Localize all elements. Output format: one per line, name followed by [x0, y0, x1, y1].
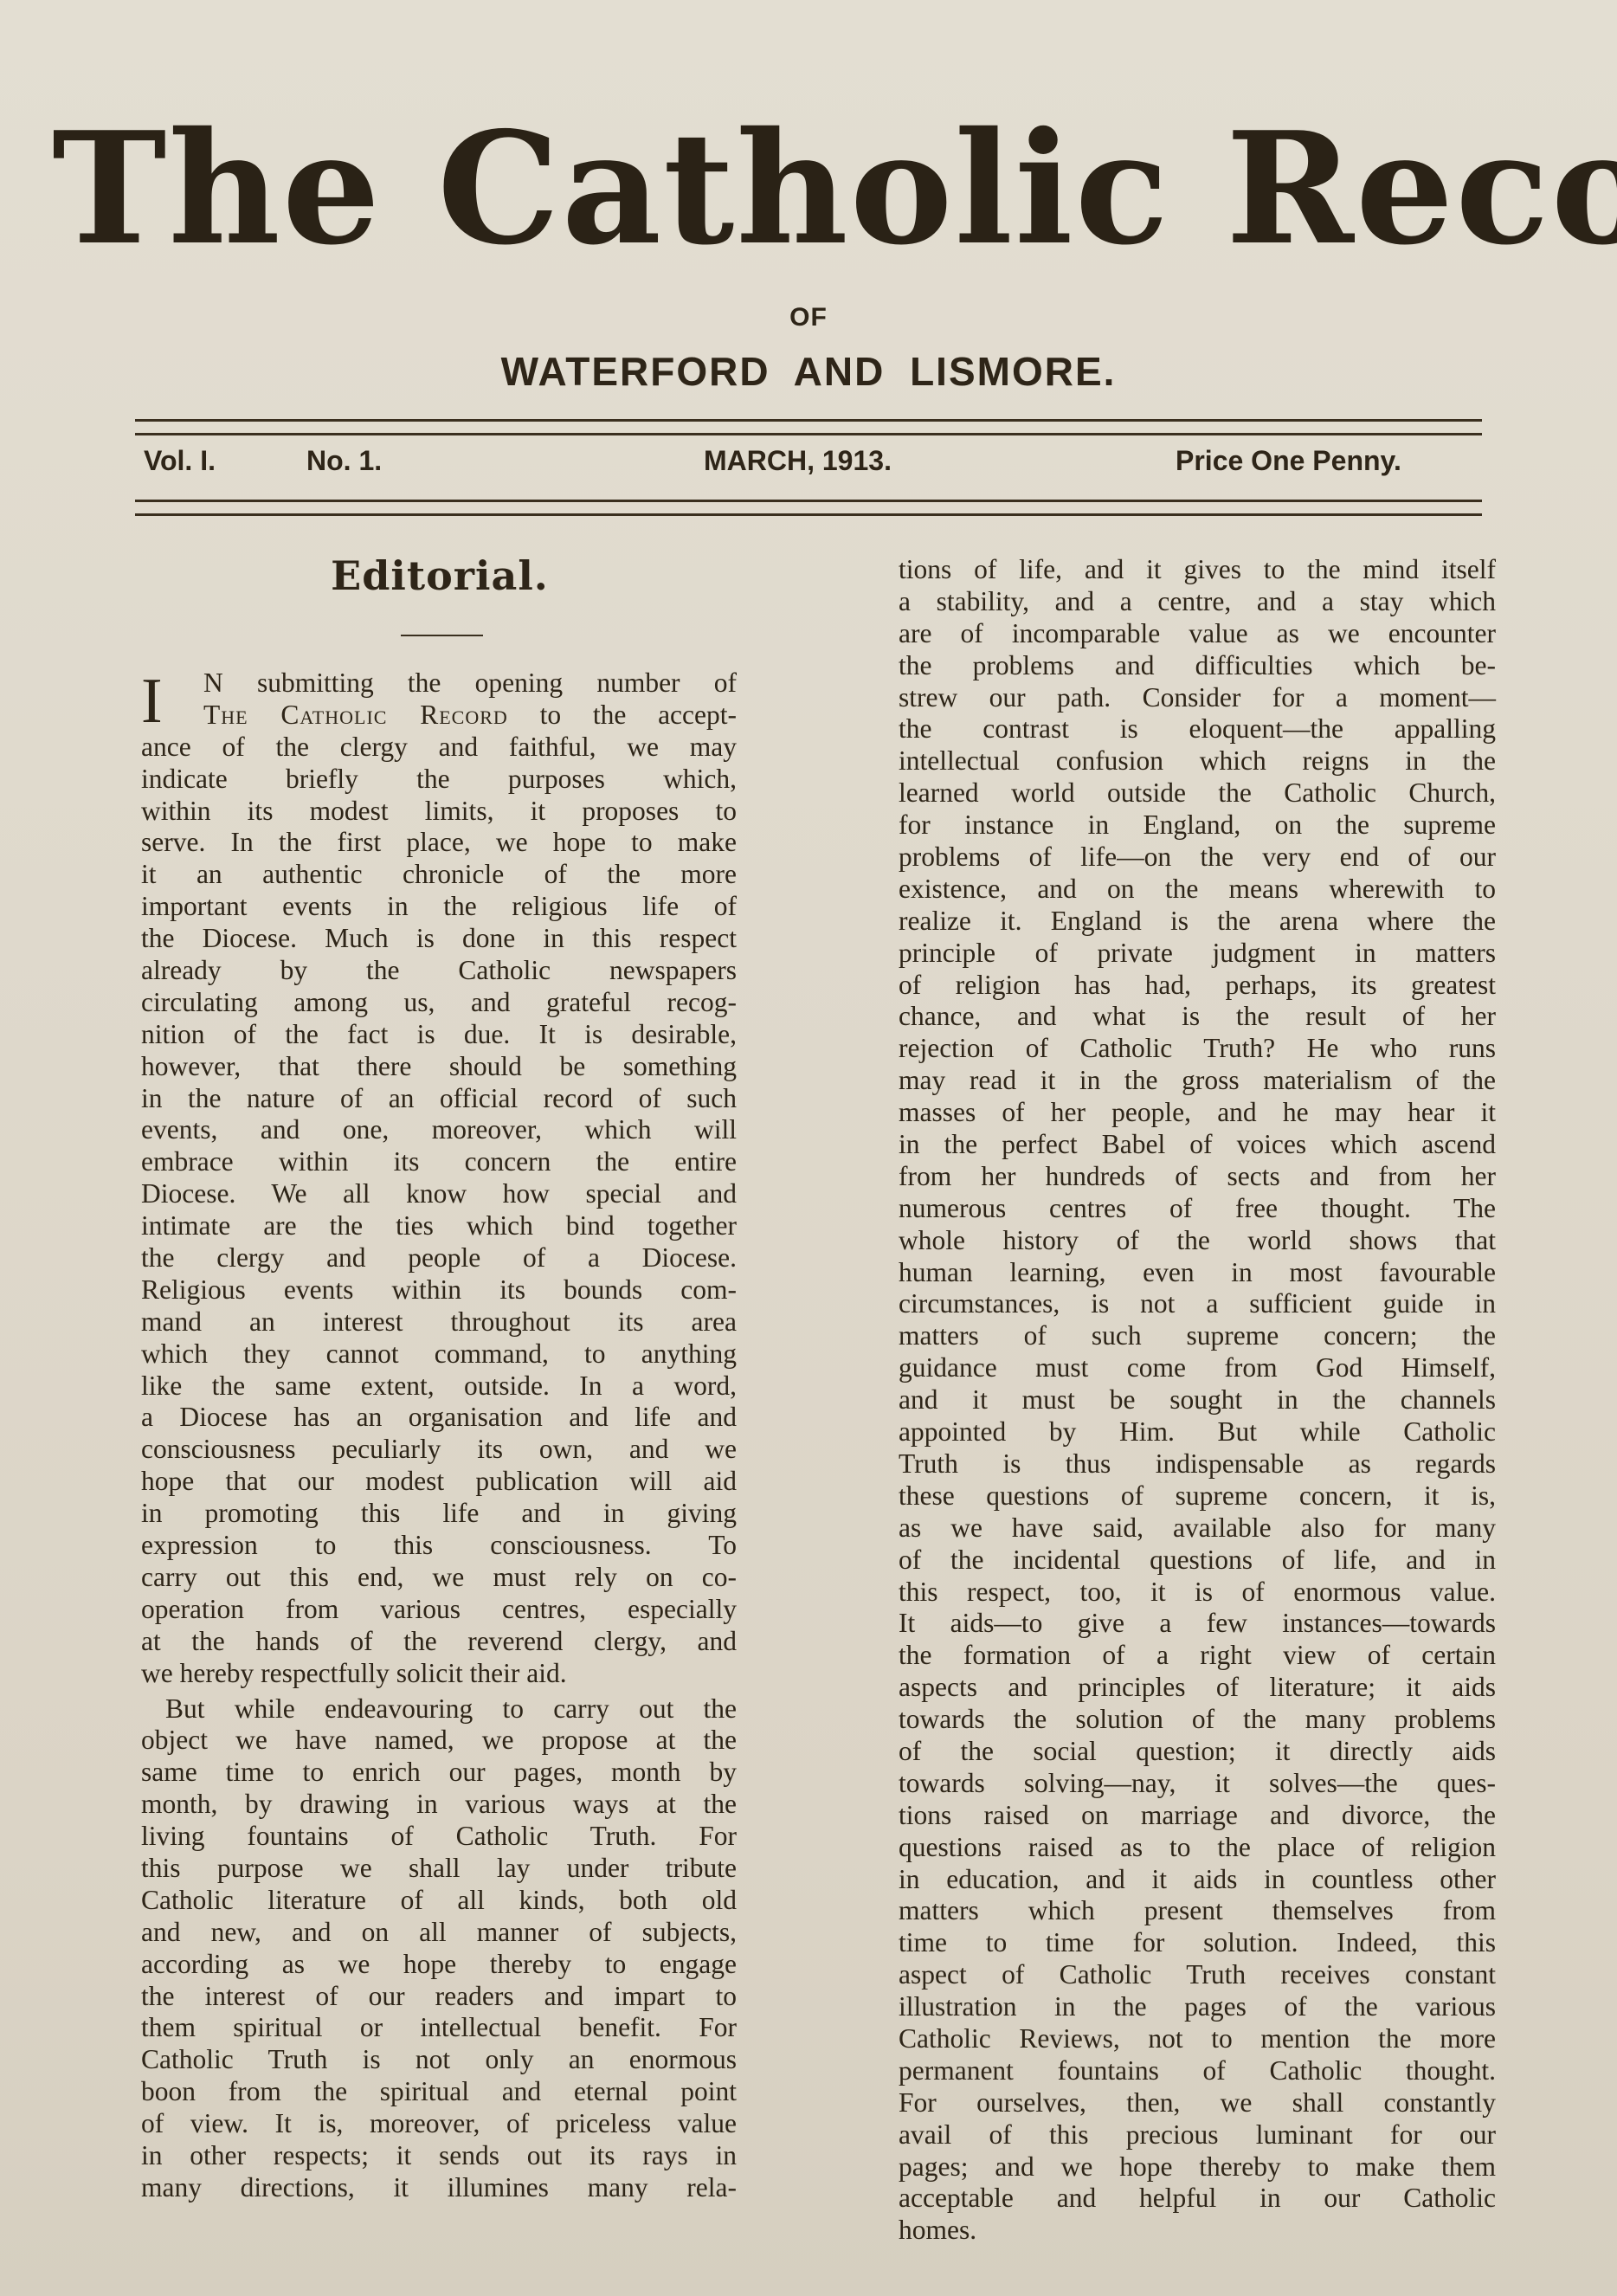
- text-line: tions of life, and it gives to the mind …: [899, 554, 1496, 586]
- text-line: same time to enrich our pages, month by: [141, 1757, 737, 1789]
- heading-divider: [401, 635, 483, 636]
- text-line: according as we hope thereby to engage: [141, 1949, 737, 1981]
- text-line: intellectual confusion which reigns in t…: [899, 745, 1496, 777]
- text-line: the problems and difficulties which be-: [899, 650, 1496, 682]
- masthead-subtitle: WATERFORD AND LISMORE.: [0, 348, 1617, 395]
- text-line: strew our path. Consider for a moment—: [899, 682, 1496, 714]
- text-line: learned world outside the Catholic Churc…: [899, 777, 1496, 809]
- text-line: rejection of Catholic Truth? He who runs: [899, 1033, 1496, 1065]
- left-column: I N submitting the opening number of The…: [141, 668, 737, 2204]
- text-line: indicate briefly the purposes which,: [141, 764, 737, 796]
- text-line: permanent fountains of Catholic thought.: [899, 2055, 1496, 2087]
- text-line: it an authentic chronicle of the more: [141, 859, 737, 891]
- text-line: the Diocese. Much is done in this respec…: [141, 923, 737, 955]
- text-line: time to time for solution. Indeed, this: [899, 1927, 1496, 1959]
- text-line: events, and one, moreover, which will: [141, 1114, 737, 1146]
- text-line: illustration in the pages of the various: [899, 1991, 1496, 2023]
- text-line: The Catholic Record to the accept-: [141, 700, 737, 732]
- text-line: this respect, too, it is of enormous val…: [899, 1577, 1496, 1609]
- text-line: already by the Catholic newspapers: [141, 955, 737, 987]
- magazine-page: The Catholic Record OF WATERFORD AND LIS…: [0, 0, 1617, 2296]
- issue-number: No. 1.: [306, 445, 382, 477]
- text-line: as we have said, available also for many: [899, 1512, 1496, 1545]
- text-line: and it must be sought in the channels: [899, 1384, 1496, 1416]
- top-double-rule: [135, 419, 1482, 435]
- text-line: and new, and on all manner of subjects,: [141, 1917, 737, 1949]
- text-line: in promoting this life and in giving: [141, 1498, 737, 1530]
- text-line: of the incidental questions of life, and…: [899, 1545, 1496, 1577]
- text-line: in the perfect Babel of voices which asc…: [899, 1129, 1496, 1161]
- text-line: numerous centres of free thought. The: [899, 1193, 1496, 1225]
- text-line: the clergy and people of a Diocese.: [141, 1242, 737, 1274]
- text-line: in education, and it aids in countless o…: [899, 1864, 1496, 1896]
- text-line: aspect of Catholic Truth receives consta…: [899, 1959, 1496, 1991]
- text-line: But while endeavouring to carry out the: [141, 1693, 737, 1725]
- text-line: aspects and principles of literature; it…: [899, 1672, 1496, 1704]
- text-line: nition of the fact is due. It is desirab…: [141, 1019, 737, 1051]
- bottom-double-rule: [135, 500, 1482, 516]
- text-line: in the nature of an official record of s…: [141, 1083, 737, 1115]
- text-line: at the hands of the reverend clergy, and: [141, 1626, 737, 1658]
- text-line: circumstances, is not a sufficient guide…: [899, 1288, 1496, 1320]
- text-line: we hereby respectfully solicit their aid…: [141, 1658, 737, 1690]
- text-line: principle of private judgment in matters: [899, 938, 1496, 970]
- text-line: appointed by Him. But while Catholic: [899, 1416, 1496, 1448]
- text-line: however, that there should be something: [141, 1051, 737, 1083]
- text-line: the formation of a right view of certain: [899, 1640, 1496, 1672]
- article-heading: Editorial.: [141, 552, 738, 599]
- text-line: towards the solution of the many problem…: [899, 1704, 1496, 1736]
- text-line: avail of this precious luminant for our: [899, 2119, 1496, 2151]
- text-line: in other respects; it sends out its rays…: [141, 2140, 737, 2172]
- text-line: human learning, even in most favourable: [899, 1257, 1496, 1289]
- issue-volume: Vol. I.: [144, 445, 216, 477]
- paragraph-1: ance of the clergy and faithful, we mayi…: [141, 732, 737, 1690]
- text-line: For ourselves, then, we shall constantly: [899, 2087, 1496, 2119]
- issue-line: Vol. I. No. 1. MARCH, 1913. Price One Pe…: [141, 445, 1491, 483]
- text-line: within its modest limits, it proposes to: [141, 796, 737, 828]
- text-line: It aids—to give a few instances—towards: [899, 1608, 1496, 1640]
- text-line: of view. It is, moreover, of priceless v…: [141, 2108, 737, 2140]
- text-line: important events in the religious life o…: [141, 891, 737, 923]
- text-line: embrace within its concern the entire: [141, 1146, 737, 1178]
- text-line: may read it in the gross materialism of …: [899, 1065, 1496, 1097]
- right-column: tions of life, and it gives to the mind …: [899, 554, 1496, 2247]
- text-line: questions raised as to the place of reli…: [899, 1832, 1496, 1864]
- text-line: realize it. England is the arena where t…: [899, 906, 1496, 938]
- text-line: the contrast is eloquent—the appalling: [899, 713, 1496, 745]
- text-line: Diocese. We all know how special and: [141, 1178, 737, 1210]
- text-line: the interest of our readers and impart t…: [141, 1981, 737, 2013]
- issue-price: Price One Penny.: [1176, 445, 1401, 477]
- paragraph-2: But while endeavouring to carry out theo…: [141, 1693, 737, 2204]
- paragraph-continued: tions of life, and it gives to the mind …: [899, 554, 1496, 2247]
- text-line: matters of such supreme concern; the: [899, 1320, 1496, 1352]
- text-line: a stability, and a centre, and a stay wh…: [899, 586, 1496, 618]
- text-line: Religious events within its bounds com-: [141, 1274, 737, 1306]
- text-line: ance of the clergy and faithful, we may: [141, 732, 737, 764]
- text-line: Catholic Truth is not only an enormous: [141, 2044, 737, 2076]
- text-line: Catholic literature of all kinds, both o…: [141, 1885, 737, 1917]
- issue-date: MARCH, 1913.: [704, 445, 892, 477]
- text-line: operation from various centres, especial…: [141, 1594, 737, 1626]
- text-line: homes.: [899, 2215, 1496, 2247]
- text-line: which they cannot command, to anything: [141, 1338, 737, 1371]
- text-line: them spiritual or intellectual benefit. …: [141, 2012, 737, 2044]
- text-line: whole history of the world shows that: [899, 1225, 1496, 1257]
- text-line: object we have named, we propose at the: [141, 1725, 737, 1757]
- text-line: matters which present themselves from: [899, 1895, 1496, 1927]
- masthead-of: OF: [0, 303, 1617, 332]
- text-line: for instance in England, on the supreme: [899, 809, 1496, 842]
- text-line: expression to this consciousness. To: [141, 1530, 737, 1562]
- text-line: Catholic Reviews, not to mention the mor…: [899, 2023, 1496, 2055]
- text-line: intimate are the ties which bind togethe…: [141, 1210, 737, 1242]
- text-line: consciousness peculiarly its own, and we: [141, 1434, 737, 1466]
- text-line: towards solving—nay, it solves—the ques-: [899, 1768, 1496, 1800]
- text-line: these questions of supreme concern, it i…: [899, 1480, 1496, 1512]
- text-line: circulating among us, and grateful recog…: [141, 987, 737, 1019]
- text-line: tions raised on marriage and divorce, th…: [899, 1800, 1496, 1832]
- text-line: from her hundreds of sects and from her: [899, 1161, 1496, 1193]
- text-line: of the social question; it directly aids: [899, 1736, 1496, 1768]
- text-line: this purpose we shall lay under tribute: [141, 1853, 737, 1885]
- masthead-title: The Catholic Record: [52, 102, 1575, 275]
- text-line: many directions, it illumines many rela-: [141, 2172, 737, 2204]
- text-line: mand an interest throughout its area: [141, 1306, 737, 1338]
- text-line: problems of life—on the very end of our: [899, 842, 1496, 874]
- text-line: boon from the spiritual and eternal poin…: [141, 2076, 737, 2108]
- text-line: pages; and we hope thereby to make them: [899, 2151, 1496, 2183]
- text-line: like the same extent, outside. In a word…: [141, 1371, 737, 1403]
- text-line: serve. In the first place, we hope to ma…: [141, 827, 737, 859]
- text-line: existence, and on the means wherewith to: [899, 874, 1496, 906]
- text-line: of religion has had, perhaps, its greate…: [899, 970, 1496, 1002]
- text-line: month, by drawing in various ways at the: [141, 1789, 737, 1821]
- text-line: chance, and what is the result of her: [899, 1001, 1496, 1033]
- text-line: guidance must come from God Himself,: [899, 1352, 1496, 1384]
- text-line: Truth is thus indispensable as regards: [899, 1448, 1496, 1480]
- text-line: are of incomparable value as we encounte…: [899, 618, 1496, 650]
- text-line: masses of her people, and he may hear it: [899, 1097, 1496, 1129]
- publication-name: The Catholic Record: [203, 700, 508, 730]
- text-line: hope that our modest publication will ai…: [141, 1466, 737, 1498]
- drop-cap: I: [141, 669, 163, 733]
- text-line: carry out this end, we must rely on co-: [141, 1562, 737, 1594]
- text-line: N submitting the opening number of: [141, 668, 737, 700]
- text-line: a Diocese has an organisation and life a…: [141, 1402, 737, 1434]
- text-line: acceptable and helpful in our Catholic: [899, 2183, 1496, 2215]
- text-line: living fountains of Catholic Truth. For: [141, 1821, 737, 1853]
